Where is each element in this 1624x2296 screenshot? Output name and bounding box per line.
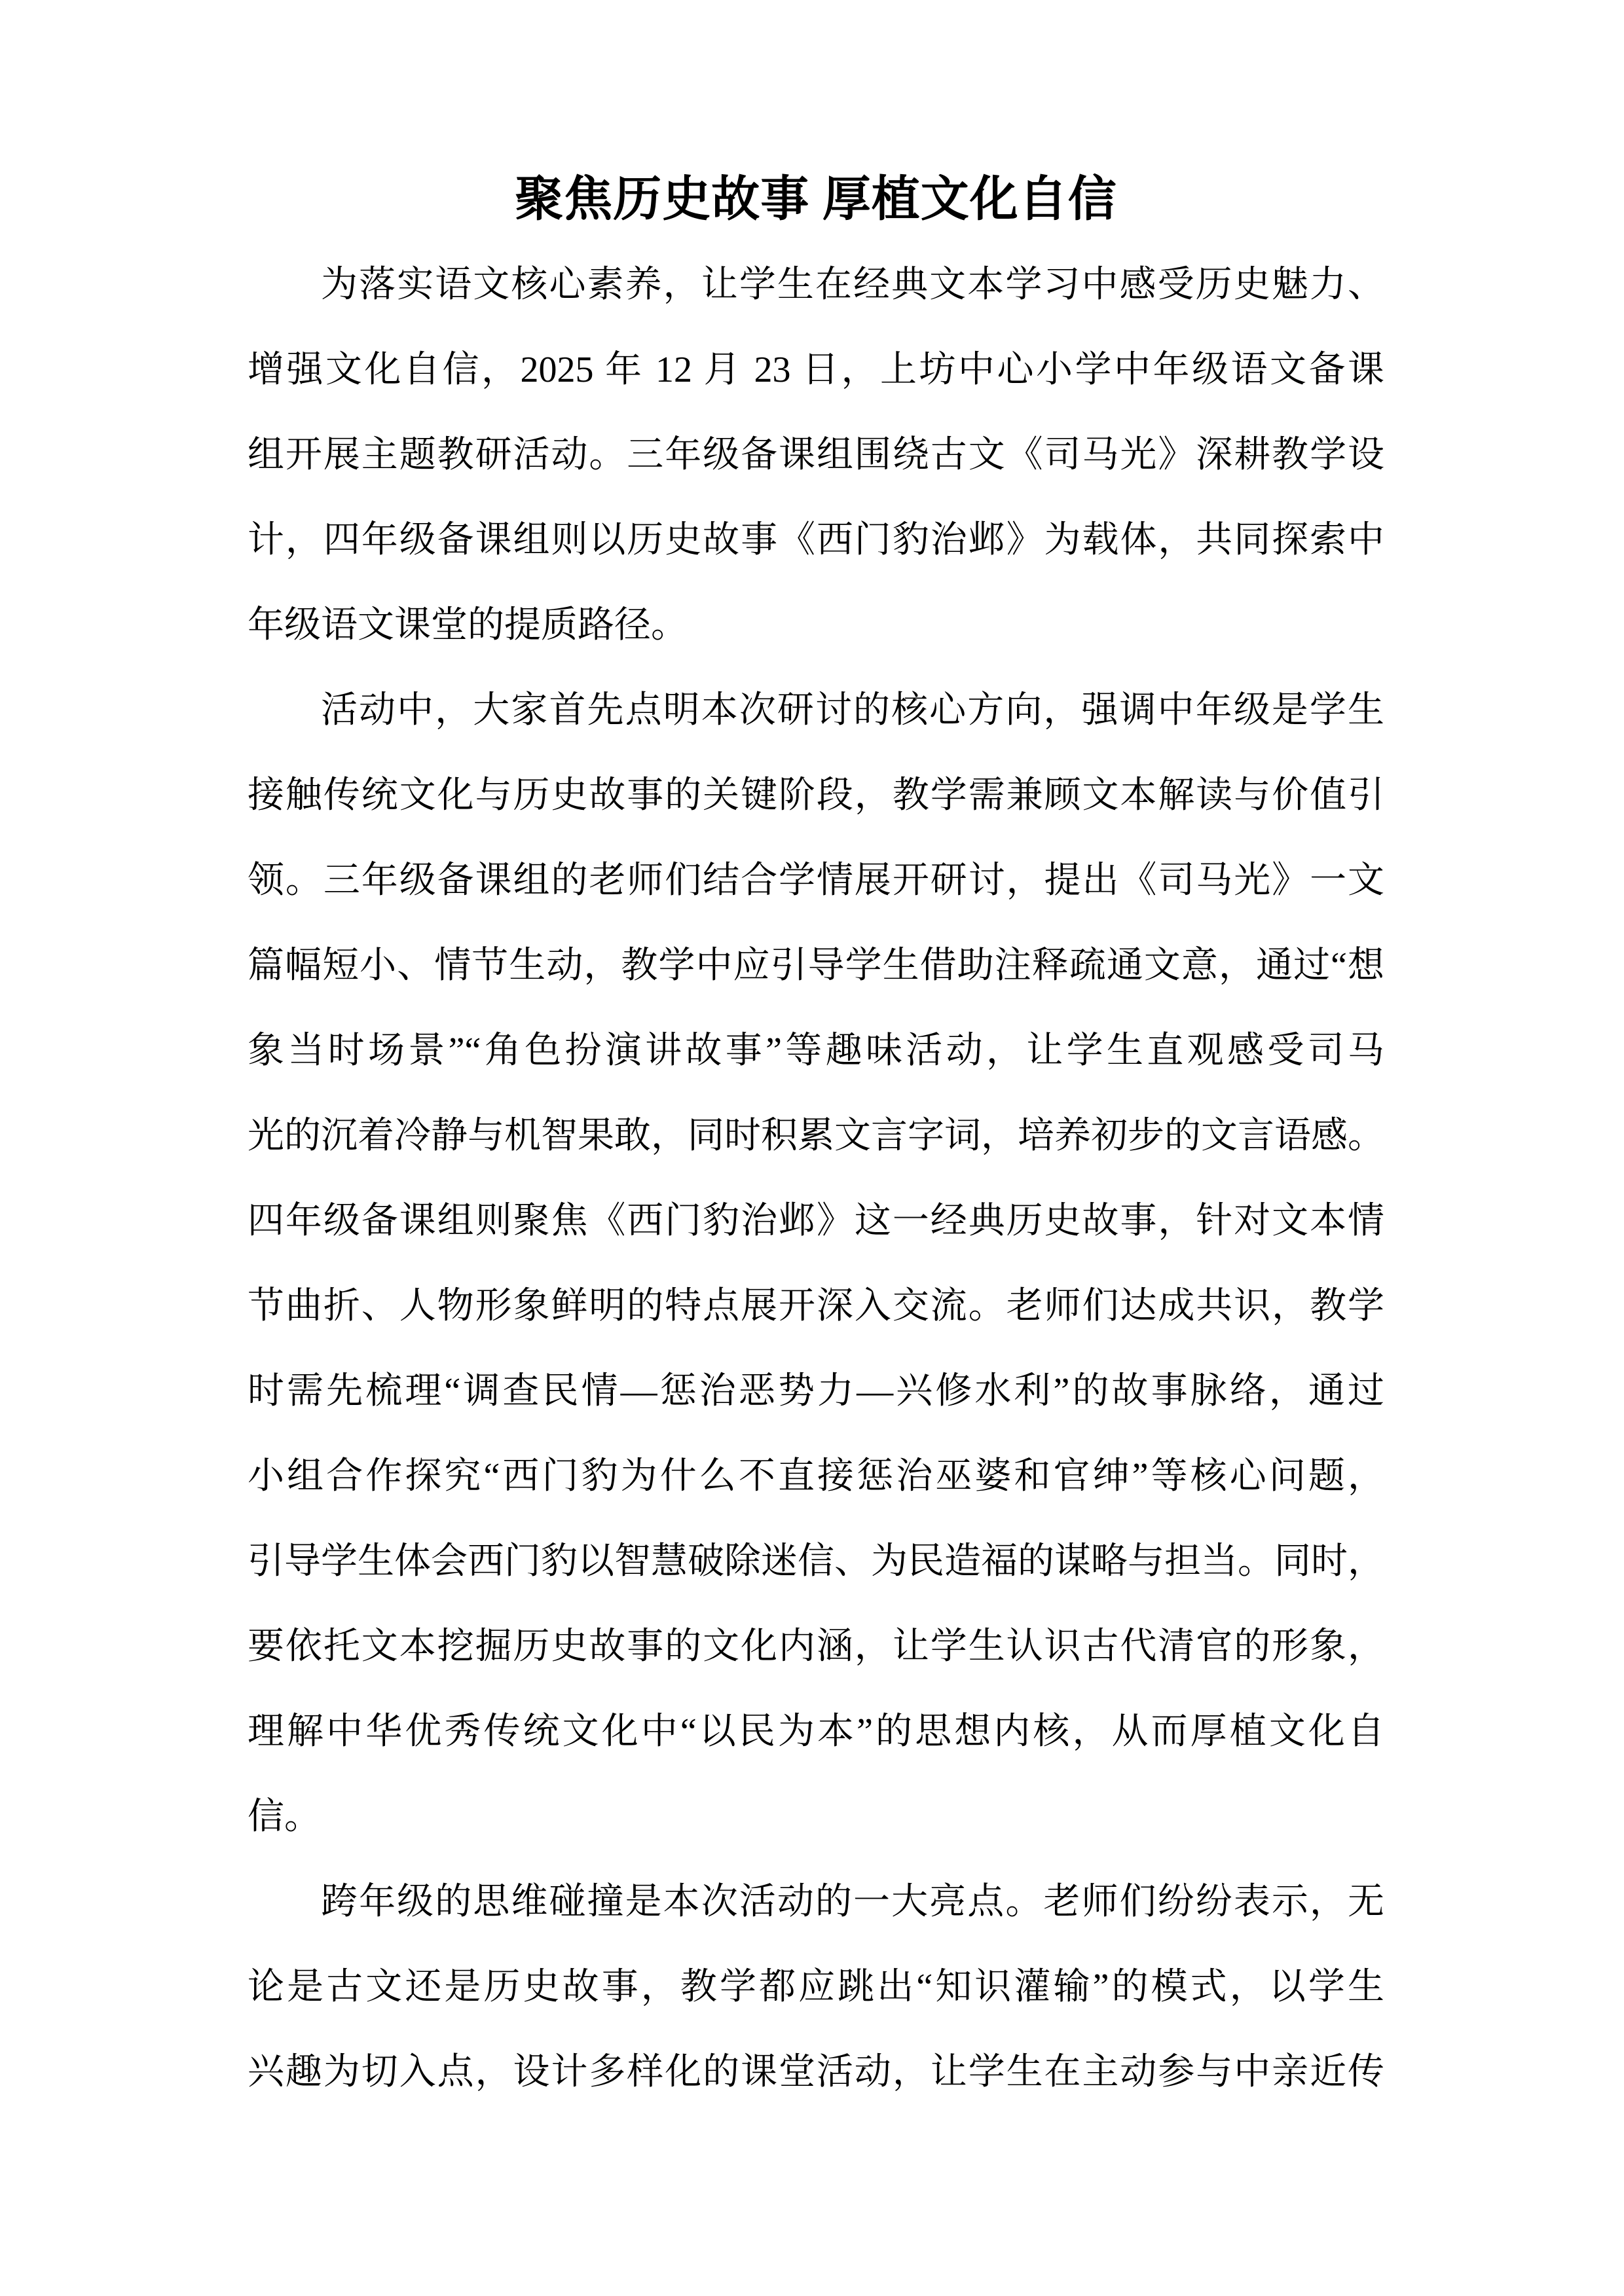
text-line: 信。 (248, 1774, 1384, 1859)
text-line: 理解中华优秀传统文化中“以民为本”的思想内核，从而厚植文化自 (248, 1689, 1384, 1774)
text-line: 组开展主题教研活动。三年级备课组围绕古文《司马光》深耕教学设 (248, 412, 1384, 498)
document-page: 聚焦历史故事 厚植文化自信 为落实语文核心素养，让学生在经典文本学习中感受历史魅… (0, 0, 1624, 2296)
document-body: 为落实语文核心素养，让学生在经典文本学习中感受历史魅力、增强文化自信，2025 … (248, 242, 1384, 2115)
text-line: 时需先梳理“调查民情—惩治恶势力—兴修水利”的故事脉络，通过 (248, 1349, 1384, 1434)
text-line: 要依托文本挖掘历史故事的文化内涵，让学生认识古代清官的形象， (248, 1604, 1384, 1689)
paragraph: 为落实语文核心素养，让学生在经典文本学习中感受历史魅力、增强文化自信，2025 … (248, 242, 1384, 668)
document-title: 聚焦历史故事 厚植文化自信 (248, 157, 1384, 242)
text-line: 活动中，大家首先点明本次研讨的核心方向，强调中年级是学生 (248, 668, 1384, 753)
text-line: 象当时场景”“角色扮演讲故事”等趣味活动，让学生直观感受司马 (248, 1008, 1384, 1093)
text-line: 引导学生体会西门豹以智慧破除迷信、为民造福的谋略与担当。同时， (248, 1519, 1384, 1604)
text-line: 为落实语文核心素养，让学生在经典文本学习中感受历史魅力、 (248, 242, 1384, 327)
text-line: 小组合作探究“西门豹为什么不直接惩治巫婆和官绅”等核心问题， (248, 1434, 1384, 1519)
text-line: 年级语文课堂的提质路径。 (248, 583, 1384, 668)
document-content: 聚焦历史故事 厚植文化自信 为落实语文核心素养，让学生在经典文本学习中感受历史魅… (248, 157, 1384, 2115)
text-line: 计，四年级备课组则以历史故事《西门豹治邺》为载体，共同探索中 (248, 498, 1384, 583)
paragraph: 活动中，大家首先点明本次研讨的核心方向，强调中年级是学生接触传统文化与历史故事的… (248, 668, 1384, 1859)
text-line: 节曲折、人物形象鲜明的特点展开深入交流。老师们达成共识，教学 (248, 1264, 1384, 1349)
text-line: 论是古文还是历史故事，教学都应跳出“知识灌输”的模式，以学生 (248, 1944, 1384, 2030)
text-line: 兴趣为切入点，设计多样化的课堂活动，让学生在主动参与中亲近传 (248, 2030, 1384, 2115)
paragraph: 跨年级的思维碰撞是本次活动的一大亮点。老师们纷纷表示，无论是古文还是历史故事，教… (248, 1859, 1384, 2115)
text-line: 跨年级的思维碰撞是本次活动的一大亮点。老师们纷纷表示，无 (248, 1859, 1384, 1944)
text-line: 接触传统文化与历史故事的关键阶段，教学需兼顾文本解读与价值引 (248, 753, 1384, 838)
text-line: 光的沉着冷静与机智果敢，同时积累文言字词，培养初步的文言语感。 (248, 1093, 1384, 1178)
text-line: 篇幅短小、情节生动，教学中应引导学生借助注释疏通文意，通过“想 (248, 923, 1384, 1008)
text-line: 四年级备课组则聚焦《西门豹治邺》这一经典历史故事，针对文本情 (248, 1178, 1384, 1264)
text-line: 领。三年级备课组的老师们结合学情展开研讨，提出《司马光》一文 (248, 838, 1384, 923)
text-line: 增强文化自信，2025 年 12 月 23 日，上坊中心小学中年级语文备课 (248, 327, 1384, 412)
